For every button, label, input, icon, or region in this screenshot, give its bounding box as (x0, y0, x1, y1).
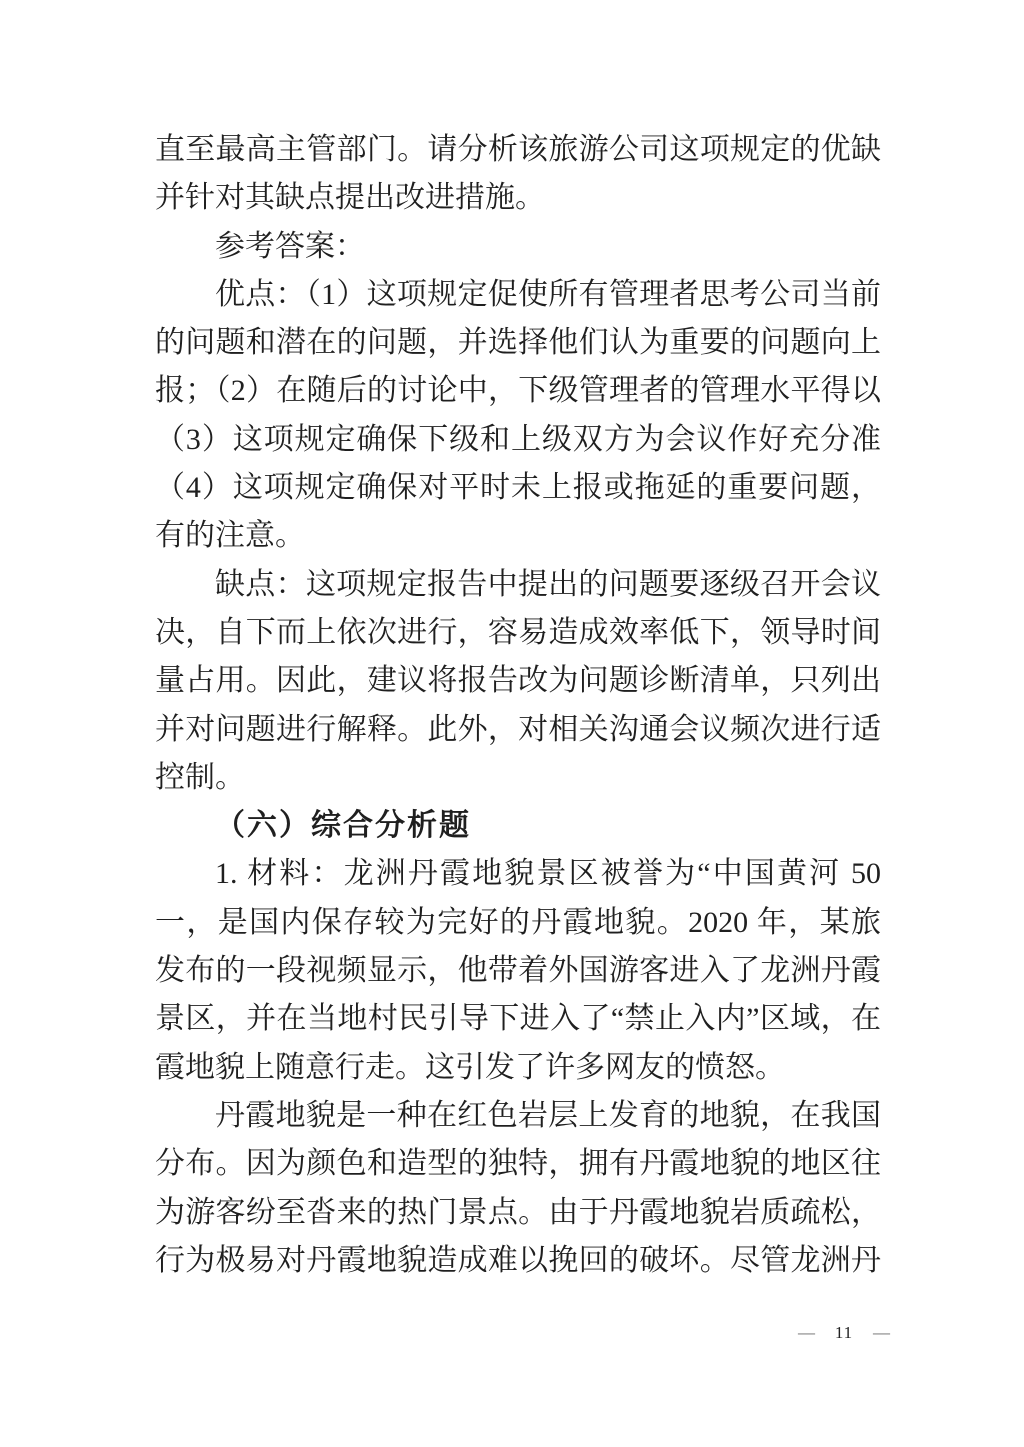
text-line: 的问题和潜在的问题，并选择他们认为重要的问题向上级汇 (155, 319, 881, 367)
footer-dash-left: — (798, 1323, 815, 1343)
text-line: 并针对其缺点提出改进措施。 (155, 174, 881, 222)
text-line: 并对问题进行解释。此外，对相关沟通会议频次进行适当的 (155, 706, 881, 754)
document-body: 直至最高主管部门。请分析该旅游公司这项规定的优缺点， 并针对其缺点提出改进措施。… (155, 126, 881, 1285)
text-line: 直至最高主管部门。请分析该旅游公司这项规定的优缺点， (155, 126, 881, 174)
text-line: 霞地貌上随意行走。这引发了许多网友的愤怒。 (155, 1044, 881, 1092)
text-line: 丹霞地貌是一种在红色岩层上发育的地貌，在我国广泛 (155, 1092, 881, 1140)
text-line: 决，自下而上依次进行，容易造成效率低下，领导时间被大 (155, 609, 881, 657)
text-line: 参考答案： (155, 223, 881, 271)
text-line: 控制。 (155, 754, 881, 802)
page-number: 11 (835, 1323, 853, 1343)
text-line: 有的注意。 (155, 512, 881, 560)
text-line: 为游客纷至沓来的热门景点。由于丹霞地貌岩质疏松，游客 (155, 1189, 881, 1237)
footer-dash-right: — (873, 1323, 890, 1343)
text-line: 一，是国内保存较为完好的丹霞地貌。2020 年，某旅行博主 (155, 899, 881, 947)
text-line: 分布。因为颜色和造型的独特，拥有丹霞地貌的地区往往成 (155, 1140, 881, 1188)
text-line: 优点：（1）这项规定促使所有管理者思考公司当前存在 (155, 271, 881, 319)
text-line: 量占用。因此，建议将报告改为问题诊断清单，只列出问题、 (155, 657, 881, 705)
text-line: （4）这项规定确保对平时未上报或拖延的重要问题，给予应 (155, 464, 881, 512)
text-line: 行为极易对丹霞地貌造成难以挽回的破坏。尽管龙洲丹霞景 (155, 1237, 881, 1285)
section-heading: （六）综合分析题 (155, 802, 881, 850)
text-line: （3）这项规定确保下级和上级双方为会议作好充分准备； (155, 416, 881, 464)
text-line: 景区，并在当地村民引导下进入了“禁止入内”区域，在丹 (155, 995, 881, 1043)
document-page: 直至最高主管部门。请分析该旅游公司这项规定的优缺点， 并针对其缺点提出改进措施。… (0, 0, 1024, 1447)
text-line: 1. 材料：龙洲丹霞地貌景区被誉为“中国黄河 50 景”之 (155, 850, 881, 898)
text-line: 缺点：这项规定报告中提出的问题要逐级召开会议解 (155, 561, 881, 609)
text-line: 发布的一段视频显示，他带着外国游客进入了龙洲丹霞地貌 (155, 947, 881, 995)
text-line: 报；（2）在随后的讨论中，下级管理者的管理水平得以显现； (155, 367, 881, 415)
page-footer: — 11 — (798, 1318, 890, 1348)
